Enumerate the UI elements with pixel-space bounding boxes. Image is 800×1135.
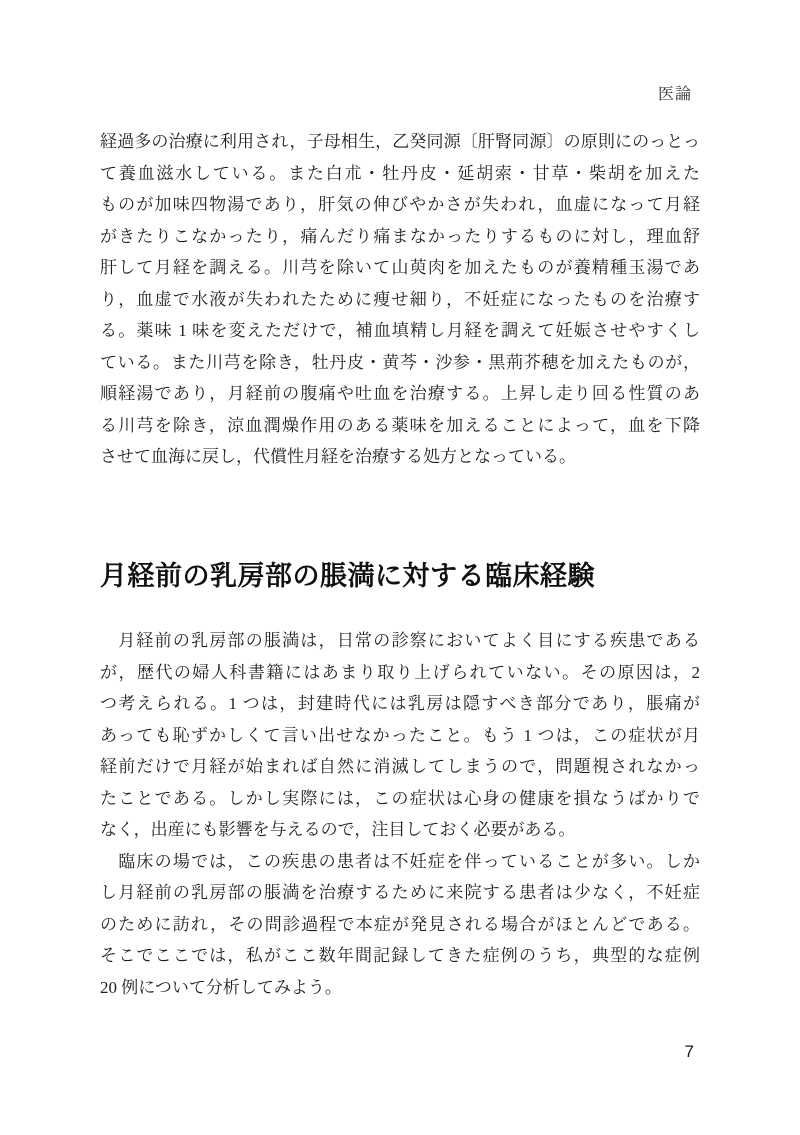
- body-line: し月経前の乳房部の脹満を治療するために来院する患者は少なく，不妊症: [100, 877, 700, 909]
- body-line: がきたりこなかったり，痛んだり痛まなかったりするものに対し，理血舒: [100, 221, 700, 253]
- body-line: ている。また川芎を除き，牡丹皮・黄芩・沙参・黒荊芥穂を加えたものが，: [100, 347, 700, 379]
- running-header: 医論: [658, 85, 692, 105]
- body-line: ものが加味四物湯であり，肝気の伸びやかさが失われ，血虚になって月経: [100, 189, 700, 221]
- document-page: 医論 経過多の治療に利用され，子母相生，乙癸同源〔肝腎同源〕の原則にのっとっ て…: [0, 0, 800, 1135]
- body-line: あっても恥ずかしくて言い出せなかったこと。もう 1 つは，この症状が月: [100, 720, 700, 752]
- section-heading: 月経前の乳房部の脹満に対する臨床経験: [100, 558, 700, 594]
- body-line: たことである。しかし実際には，この症状は心身の健康を損なうばかりで: [100, 783, 700, 815]
- body-line: 経過多の治療に利用され，子母相生，乙癸同源〔肝腎同源〕の原則にのっとっ: [100, 126, 700, 158]
- section-body: 月経前の乳房部の脹満は，日常の診察においてよく目にする疾患である が，歴代の婦人…: [100, 625, 700, 1003]
- body-line: り，血虚で水液が失われたために痩せ細り，不妊症になったものを治療す: [100, 284, 700, 316]
- body-line: させて血海に戻し，代償性月経を治療する処方となっている。: [100, 441, 700, 473]
- body-line: なく，出産にも影響を与えるので，注目しておく必要がある。: [100, 814, 700, 846]
- body-line: る。薬味 1 味を変えただけで，補血填精し月経を調えて妊娠させやすくし: [100, 315, 700, 347]
- paragraph: 月経前の乳房部の脹満は，日常の診察においてよく目にする疾患である が，歴代の婦人…: [100, 625, 700, 846]
- page-number: 7: [685, 1041, 694, 1063]
- continued-paragraph: 経過多の治療に利用され，子母相生，乙癸同源〔肝腎同源〕の原則にのっとっ て養血滋…: [100, 126, 700, 473]
- body-line: 月経前の乳房部の脹満は，日常の診察においてよく目にする疾患である: [100, 625, 700, 657]
- body-line: 20 例について分析してみよう。: [100, 972, 700, 1004]
- body-line: 臨床の場では，この疾患の患者は不妊症を伴っていることが多い。しか: [100, 846, 700, 878]
- body-line: そこでここでは，私がここ数年間記録してきた症例のうち，典型的な症例: [100, 940, 700, 972]
- body-line: る川芎を除き，涼血潤燥作用のある薬味を加えることによって，血を下降: [100, 410, 700, 442]
- body-line: て養血滋水している。また白朮・牡丹皮・延胡索・甘草・柴胡を加えた: [100, 158, 700, 190]
- body-line: が，歴代の婦人科書籍にはあまり取り上げられていない。その原因は，2: [100, 657, 700, 689]
- body-line: 肝して月経を調える。川芎を除いて山萸肉を加えたものが養精種玉湯であ: [100, 252, 700, 284]
- paragraph: 臨床の場では，この疾患の患者は不妊症を伴っていることが多い。しか し月経前の乳房…: [100, 846, 700, 1004]
- body-line: 順経湯であり，月経前の腹痛や吐血を治療する。上昇し走り回る性質のあ: [100, 378, 700, 410]
- body-line: 経前だけで月経が始まれば自然に消滅してしまうので，問題視されなかっ: [100, 751, 700, 783]
- body-line: つ考えられる。1 つは，封建時代には乳房は隠すべき部分であり，脹痛が: [100, 688, 700, 720]
- body-line: のために訪れ，その問診過程で本症が発見される場合がほとんどである。: [100, 909, 700, 941]
